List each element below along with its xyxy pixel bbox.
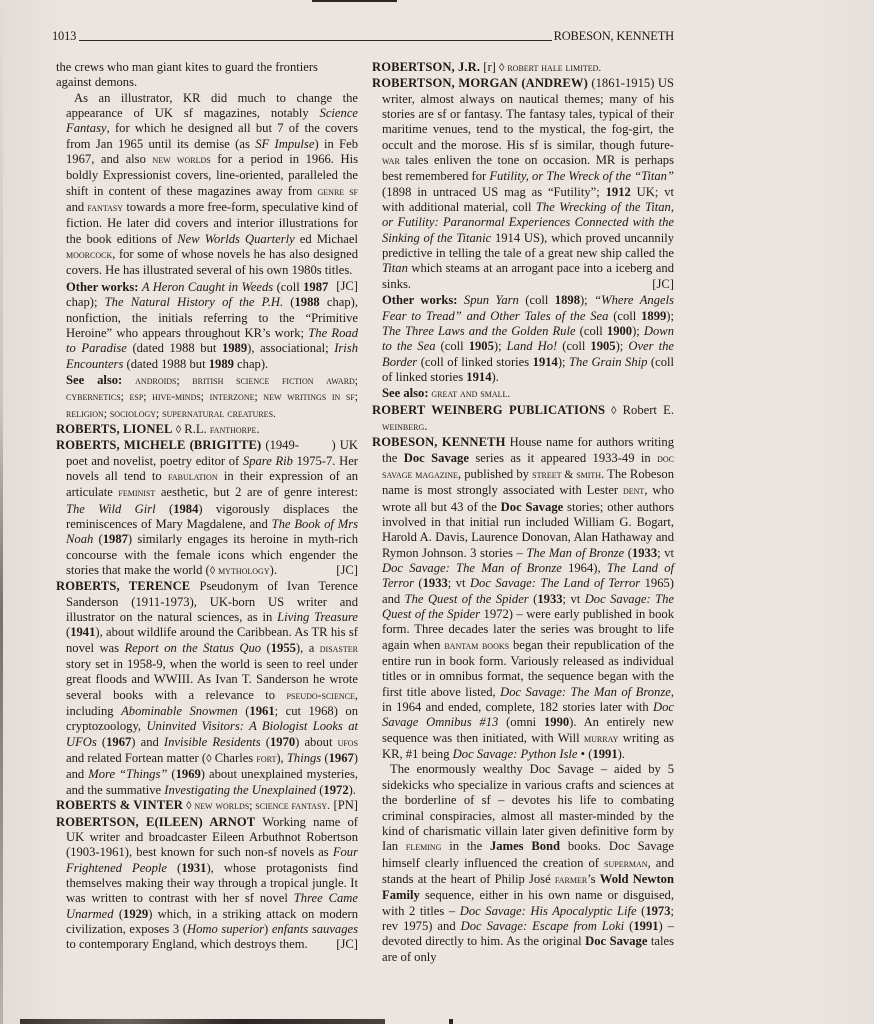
entry-robeson-kenneth: ROBESON, KENNETH House name for authors … [372, 435, 674, 762]
contributor-signature: [JC] [346, 563, 358, 578]
continuation-text: the crews who man giant kites to guard t… [56, 60, 358, 91]
contributor-signature: [JC] [662, 277, 674, 292]
entry-paragraph-doc-savage: The enormously wealthy Doc Savage – aide… [372, 762, 674, 964]
headword: ROBERTS, TERENCE [56, 579, 190, 593]
left-column: the crews who man giant kites to guard t… [56, 60, 358, 953]
entry-roberts-vinter: ROBERTS & VINTER ◊ NEW WORLDS; SCIENCE F… [56, 798, 358, 814]
headword: ROBERTS & VINTER [56, 798, 183, 812]
headword: ROBESON, KENNETH [372, 435, 506, 449]
see-also: See also: GREAT AND SMALL. [372, 386, 674, 402]
headword: ROBERTSON, MORGAN (ANDREW) [372, 76, 588, 90]
entry-robertson-morgan: ROBERTSON, MORGAN (ANDREW) (1861-1915) U… [372, 76, 674, 292]
right-column: ROBERTSON, J.R. [r] ◊ ROBERT HALE LIMITE… [372, 60, 674, 965]
book-page: 1013 ROBESON, KENNETH the crews who man … [0, 0, 874, 1024]
entry-roberts-terence: ROBERTS, TERENCE Pseudonym of Ivan Teren… [56, 579, 358, 798]
scan-edge-mark [449, 1019, 453, 1024]
entry-robert-weinberg-publications: ROBERT WEINBERG PUBLICATIONS ◊ Robert E.… [372, 403, 674, 436]
page-edge-shadow [0, 0, 3, 1024]
entry-roberts-lionel: ROBERTS, LIONEL ◊ R.L. FANTHORPE. [56, 422, 358, 438]
running-head: 1013 ROBESON, KENNETH [52, 28, 674, 44]
headword: ROBERTS, LIONEL [56, 422, 173, 436]
entry-robertson-jr: ROBERTSON, J.R. [r] ◊ ROBERT HALE LIMITE… [372, 60, 674, 76]
running-title: ROBESON, KENNETH [554, 29, 674, 44]
cross-reference-icon: ◊ [605, 405, 616, 417]
other-works: Other works: A Heron Caught in Weeds (co… [56, 280, 358, 372]
headword: ROBERTS, MICHELE (BRIGITTE) [56, 438, 261, 452]
contributor-signature: [JC] [346, 937, 358, 952]
see-also: See also: ANDROIDS; BRITISH SCIENCE FICT… [56, 373, 358, 422]
contributor-signature: [PN] [344, 798, 359, 813]
headword: ROBERTSON, E(ILEEN) ARNOT [56, 815, 255, 829]
page-number: 1013 [52, 29, 76, 44]
scan-edge-bar-bottom [20, 1019, 385, 1024]
header-rule [79, 40, 551, 41]
headword: ROBERT WEINBERG PUBLICATIONS [372, 403, 605, 417]
other-works: Other works: Spun Yarn (coll 1898); “Whe… [372, 293, 674, 385]
headword: ROBERTSON, J.R. [372, 60, 480, 74]
entry-paragraph-illustrator: As an illustrator, KR did much to change… [56, 91, 358, 279]
scan-edge-bar-top [312, 0, 397, 2]
entry-robertson-eileen: ROBERTSON, E(ILEEN) ARNOT Working name o… [56, 815, 358, 953]
contributor-signature: [JC] [328, 279, 358, 294]
entry-roberts-michele: ROBERTS, MICHELE (BRIGITTE) (1949- ) UK … [56, 438, 358, 579]
